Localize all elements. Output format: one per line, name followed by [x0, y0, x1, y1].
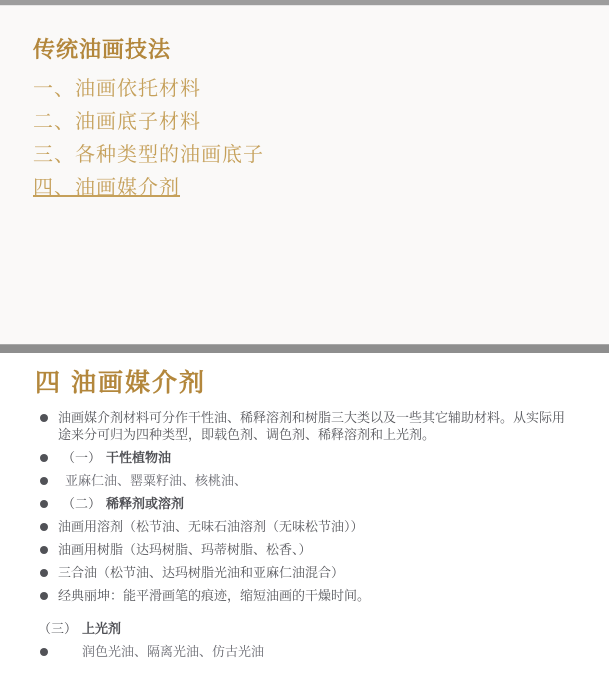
bullet-text: 润色光油、隔离光油、仿古光油 — [58, 643, 577, 660]
slide-media-agents: 四 油画媒介剂 油画媒介剂材料可分作干性油、稀释溶剂和树脂三大类以及一些其它辅助… — [0, 353, 609, 689]
outline-item-3: 三、各种类型的油画底子 — [33, 144, 579, 166]
bullet-oils: 亚麻仁油、罂粟籽油、核桃油、 — [35, 472, 577, 489]
bullet-icon — [40, 500, 48, 508]
section-prefix: （二） — [62, 496, 101, 511]
bullet-icon — [40, 569, 48, 577]
section-3-header: （三）上光剂 — [38, 620, 577, 637]
bullet-varnishes: 润色光油、隔离光油、仿古光油 — [35, 643, 577, 660]
outline-item-1: 一、油画依托材料 — [33, 78, 579, 100]
outline-item-4-link[interactable]: 四、油画媒介剂 — [33, 177, 579, 199]
outline-list: 一、油画依托材料 二、油画底子材料 三、各种类型的油画底子 四、油画媒介剂 — [33, 78, 579, 199]
bullet-list: 油画媒介剂材料可分作干性油、稀释溶剂和树脂三大类以及一些其它辅助材料。从实际用途… — [35, 409, 577, 660]
slide1-title: 传统油画技法 — [33, 36, 579, 64]
bullet-text: （二）稀释剂或溶剂 — [58, 495, 577, 512]
outline-item-2: 二、油画底子材料 — [33, 111, 579, 133]
bullet-icon — [40, 546, 48, 554]
bullet-intro: 油画媒介剂材料可分作干性油、稀释溶剂和树脂三大类以及一些其它辅助材料。从实际用途… — [35, 409, 577, 443]
slide-divider-bar — [0, 344, 609, 353]
slides-reading-view: 传统油画技法 一、油画依托材料 二、油画底子材料 三、各种类型的油画底子 四、油… — [0, 0, 609, 689]
bullet-icon — [40, 477, 48, 485]
bullet-icon — [40, 523, 48, 531]
bullet-liquin: 经典丽坤：能平滑画笔的痕迹，缩短油画的干燥时间。 — [35, 587, 577, 604]
bullet-icon — [40, 454, 48, 462]
bullet-section-1: （一）干性植物油 — [35, 449, 577, 466]
section-prefix: （三） — [38, 621, 77, 636]
bullet-text: 油画媒介剂材料可分作干性油、稀释溶剂和树脂三大类以及一些其它辅助材料。从实际用途… — [58, 409, 577, 443]
section-prefix: （一） — [62, 450, 101, 465]
bullet-icon — [40, 414, 48, 422]
slide-outline: 传统油画技法 一、油画依托材料 二、油画底子材料 三、各种类型的油画底子 四、油… — [0, 6, 609, 344]
bullet-solvents: 油画用溶剂（松节油、无味石油溶剂（无味松节油）） — [35, 518, 577, 535]
bullet-three-in-one: 三合油（松节油、达玛树脂光油和亚麻仁油混合） — [35, 564, 577, 581]
bullet-text: 油画用树脂（达玛树脂、玛蒂树脂、松香、） — [58, 541, 577, 558]
section-name: 稀释剂或溶剂 — [106, 496, 184, 511]
bullet-text: 油画用溶剂（松节油、无味石油溶剂（无味松节油）） — [58, 518, 577, 535]
bullet-text: 亚麻仁油、罂粟籽油、核桃油、 — [58, 472, 577, 489]
bullet-text: （一）干性植物油 — [58, 449, 577, 466]
bullet-text: 三合油（松节油、达玛树脂光油和亚麻仁油混合） — [58, 564, 577, 581]
slide2-title: 四 油画媒介剂 — [35, 369, 577, 397]
bullet-text: 经典丽坤：能平滑画笔的痕迹，缩短油画的干燥时间。 — [58, 587, 577, 604]
section-name: 干性植物油 — [106, 450, 171, 465]
section-name: 上光剂 — [82, 621, 121, 636]
bullet-icon — [40, 592, 48, 600]
bullet-icon — [40, 648, 48, 656]
bullet-section-2: （二）稀释剂或溶剂 — [35, 495, 577, 512]
bullet-resins: 油画用树脂（达玛树脂、玛蒂树脂、松香、） — [35, 541, 577, 558]
